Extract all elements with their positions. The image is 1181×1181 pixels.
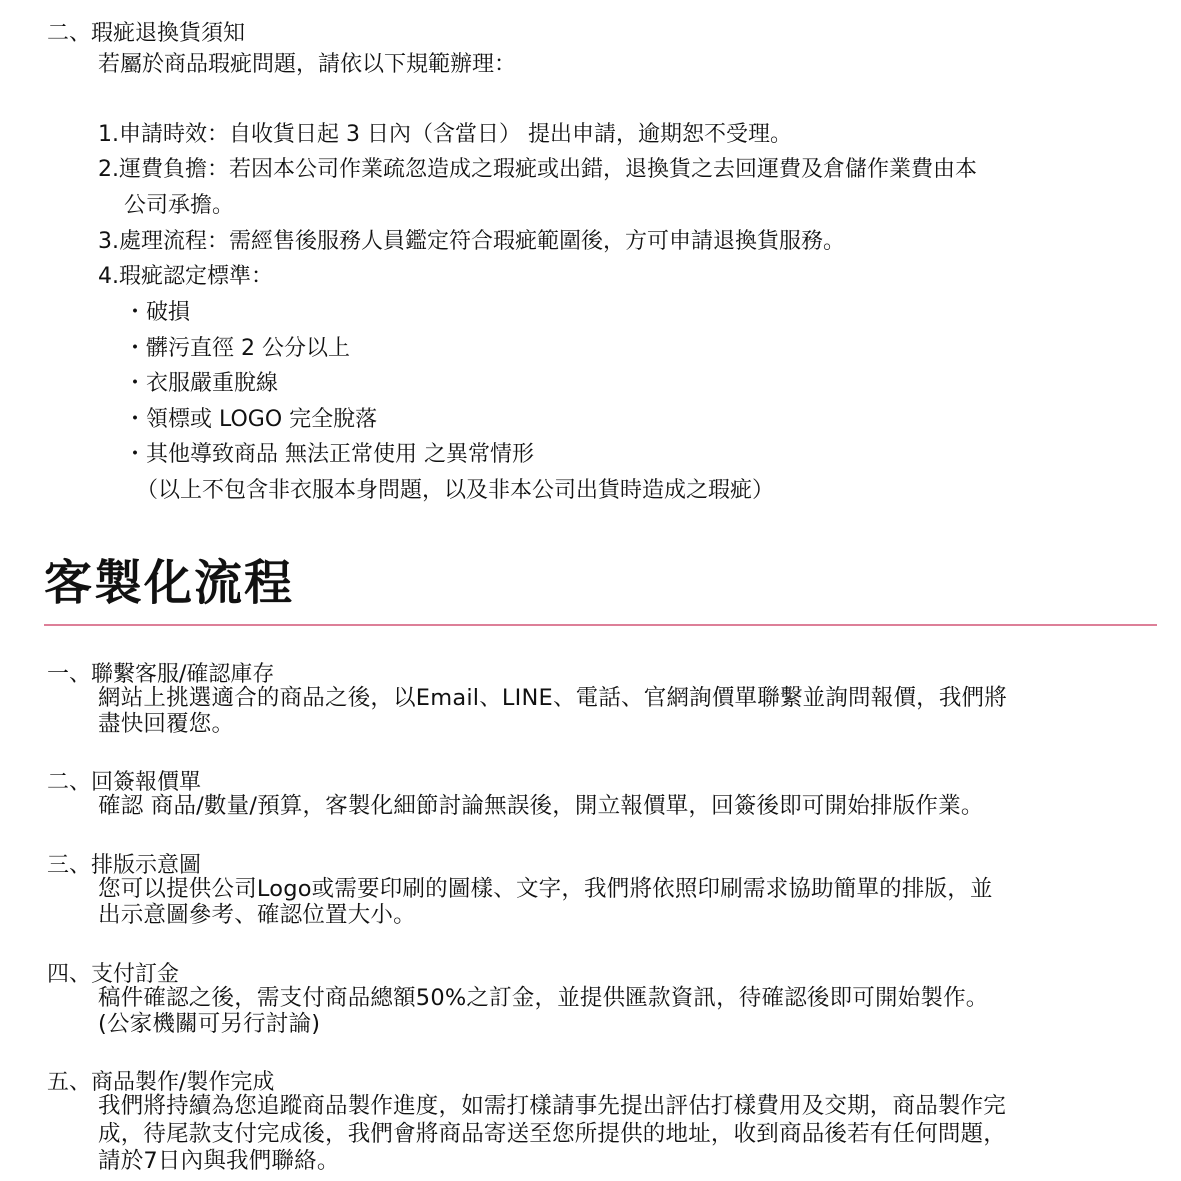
criteria-item: ・髒污直徑 2 公分以上 (124, 336, 350, 362)
defect-item-4: 4.瑕疵認定標準： (98, 264, 273, 290)
defect-intro: 若屬於商品瑕疵問題，請依以下規範辦理： (98, 52, 516, 78)
step-1-line-2: 盡快回覆您。 (98, 711, 234, 737)
step-1-heading: 一、聯繫客服/確認庫存 (47, 657, 274, 688)
step-title: 排版示意圖 (91, 853, 201, 878)
step-2-line-1: 確認 商品/數量/預算，客製化細節討論無誤後，開立報價單，回簽後即可開始排版作業… (98, 793, 984, 819)
criteria-item: ・破損 (124, 300, 190, 326)
step-number: 二、 (47, 770, 91, 795)
criteria-item: ・其他導致商品 無法正常使用 之異常情形 (124, 442, 534, 468)
step-5-heading: 五、商品製作/製作完成 (47, 1065, 274, 1096)
step-5-line-1: 我們將持續為您追蹤商品製作進度，如需打樣請事先提出評估打樣費用及交期，商品製作完 (98, 1093, 1006, 1119)
criteria-item: ・衣服嚴重脫線 (124, 371, 278, 397)
step-title: 聯繫客服/確認庫存 (91, 662, 274, 687)
step-4-line-2: (公家機關可另行討論) (98, 1011, 320, 1037)
step-2-heading: 二、回簽報價單 (47, 765, 201, 796)
step-3-heading: 三、排版示意圖 (47, 848, 201, 879)
step-number: 一、 (47, 662, 91, 687)
step-4-line-1: 稿件確認之後，需支付商品總額50%之訂金，並提供匯款資訊，待確認後即可開始製作。 (98, 985, 989, 1011)
defect-item-2-continued: 公司承擔。 (124, 193, 234, 219)
section-divider (44, 624, 1157, 626)
step-title: 回簽報價單 (91, 770, 201, 795)
step-1-line-1: 網站上挑選適合的商品之後，以Email、LINE、電話、官網詢價單聯繫並詢問報價… (98, 685, 1007, 711)
custom-section-title: 客製化流程 (44, 555, 294, 611)
step-number: 三、 (47, 853, 91, 878)
criteria-item: ・領標或 LOGO 完全脫落 (124, 407, 377, 433)
defect-item-3: 3.處理流程：需經售後服務人員鑑定符合瑕疵範圍後，方可申請退換貨服務。 (98, 229, 845, 255)
step-number: 四、 (47, 962, 91, 987)
step-3-line-2: 出示意圖參考、確認位置大小。 (98, 902, 416, 928)
step-4-heading: 四、支付訂金 (47, 957, 179, 988)
step-5-line-2: 成，待尾款支付完成後，我們會將商品寄送至您所提供的地址，收到商品後若有任何問題， (98, 1121, 1006, 1147)
defect-heading: 二、瑕疵退換貨須知 (47, 16, 245, 47)
step-number: 五、 (47, 1070, 91, 1095)
defect-item-2: 2.運費負擔：若因本公司作業疏忽造成之瑕疵或出錯，退換貨之去回運費及倉儲作業費由… (98, 157, 977, 183)
defect-heading-text: 瑕疵退換貨須知 (91, 21, 245, 46)
defect-item-1: 1.申請時效：自收貨日起 3 日內（含當日） 提出申請，逾期恕不受理。 (98, 122, 792, 148)
step-5-line-3: 請於7日內與我們聯絡。 (98, 1148, 340, 1174)
step-title: 支付訂金 (91, 962, 179, 987)
criteria-note: （以上不包含非衣服本身問題，以及非本公司出貨時造成之瑕疵） (136, 478, 774, 504)
step-title: 商品製作/製作完成 (91, 1070, 274, 1095)
defect-heading-number: 二、 (47, 21, 91, 46)
step-3-line-1: 您可以提供公司Logo或需要印刷的圖樣、文字，我們將依照印刷需求協助簡單的排版，… (98, 876, 993, 902)
